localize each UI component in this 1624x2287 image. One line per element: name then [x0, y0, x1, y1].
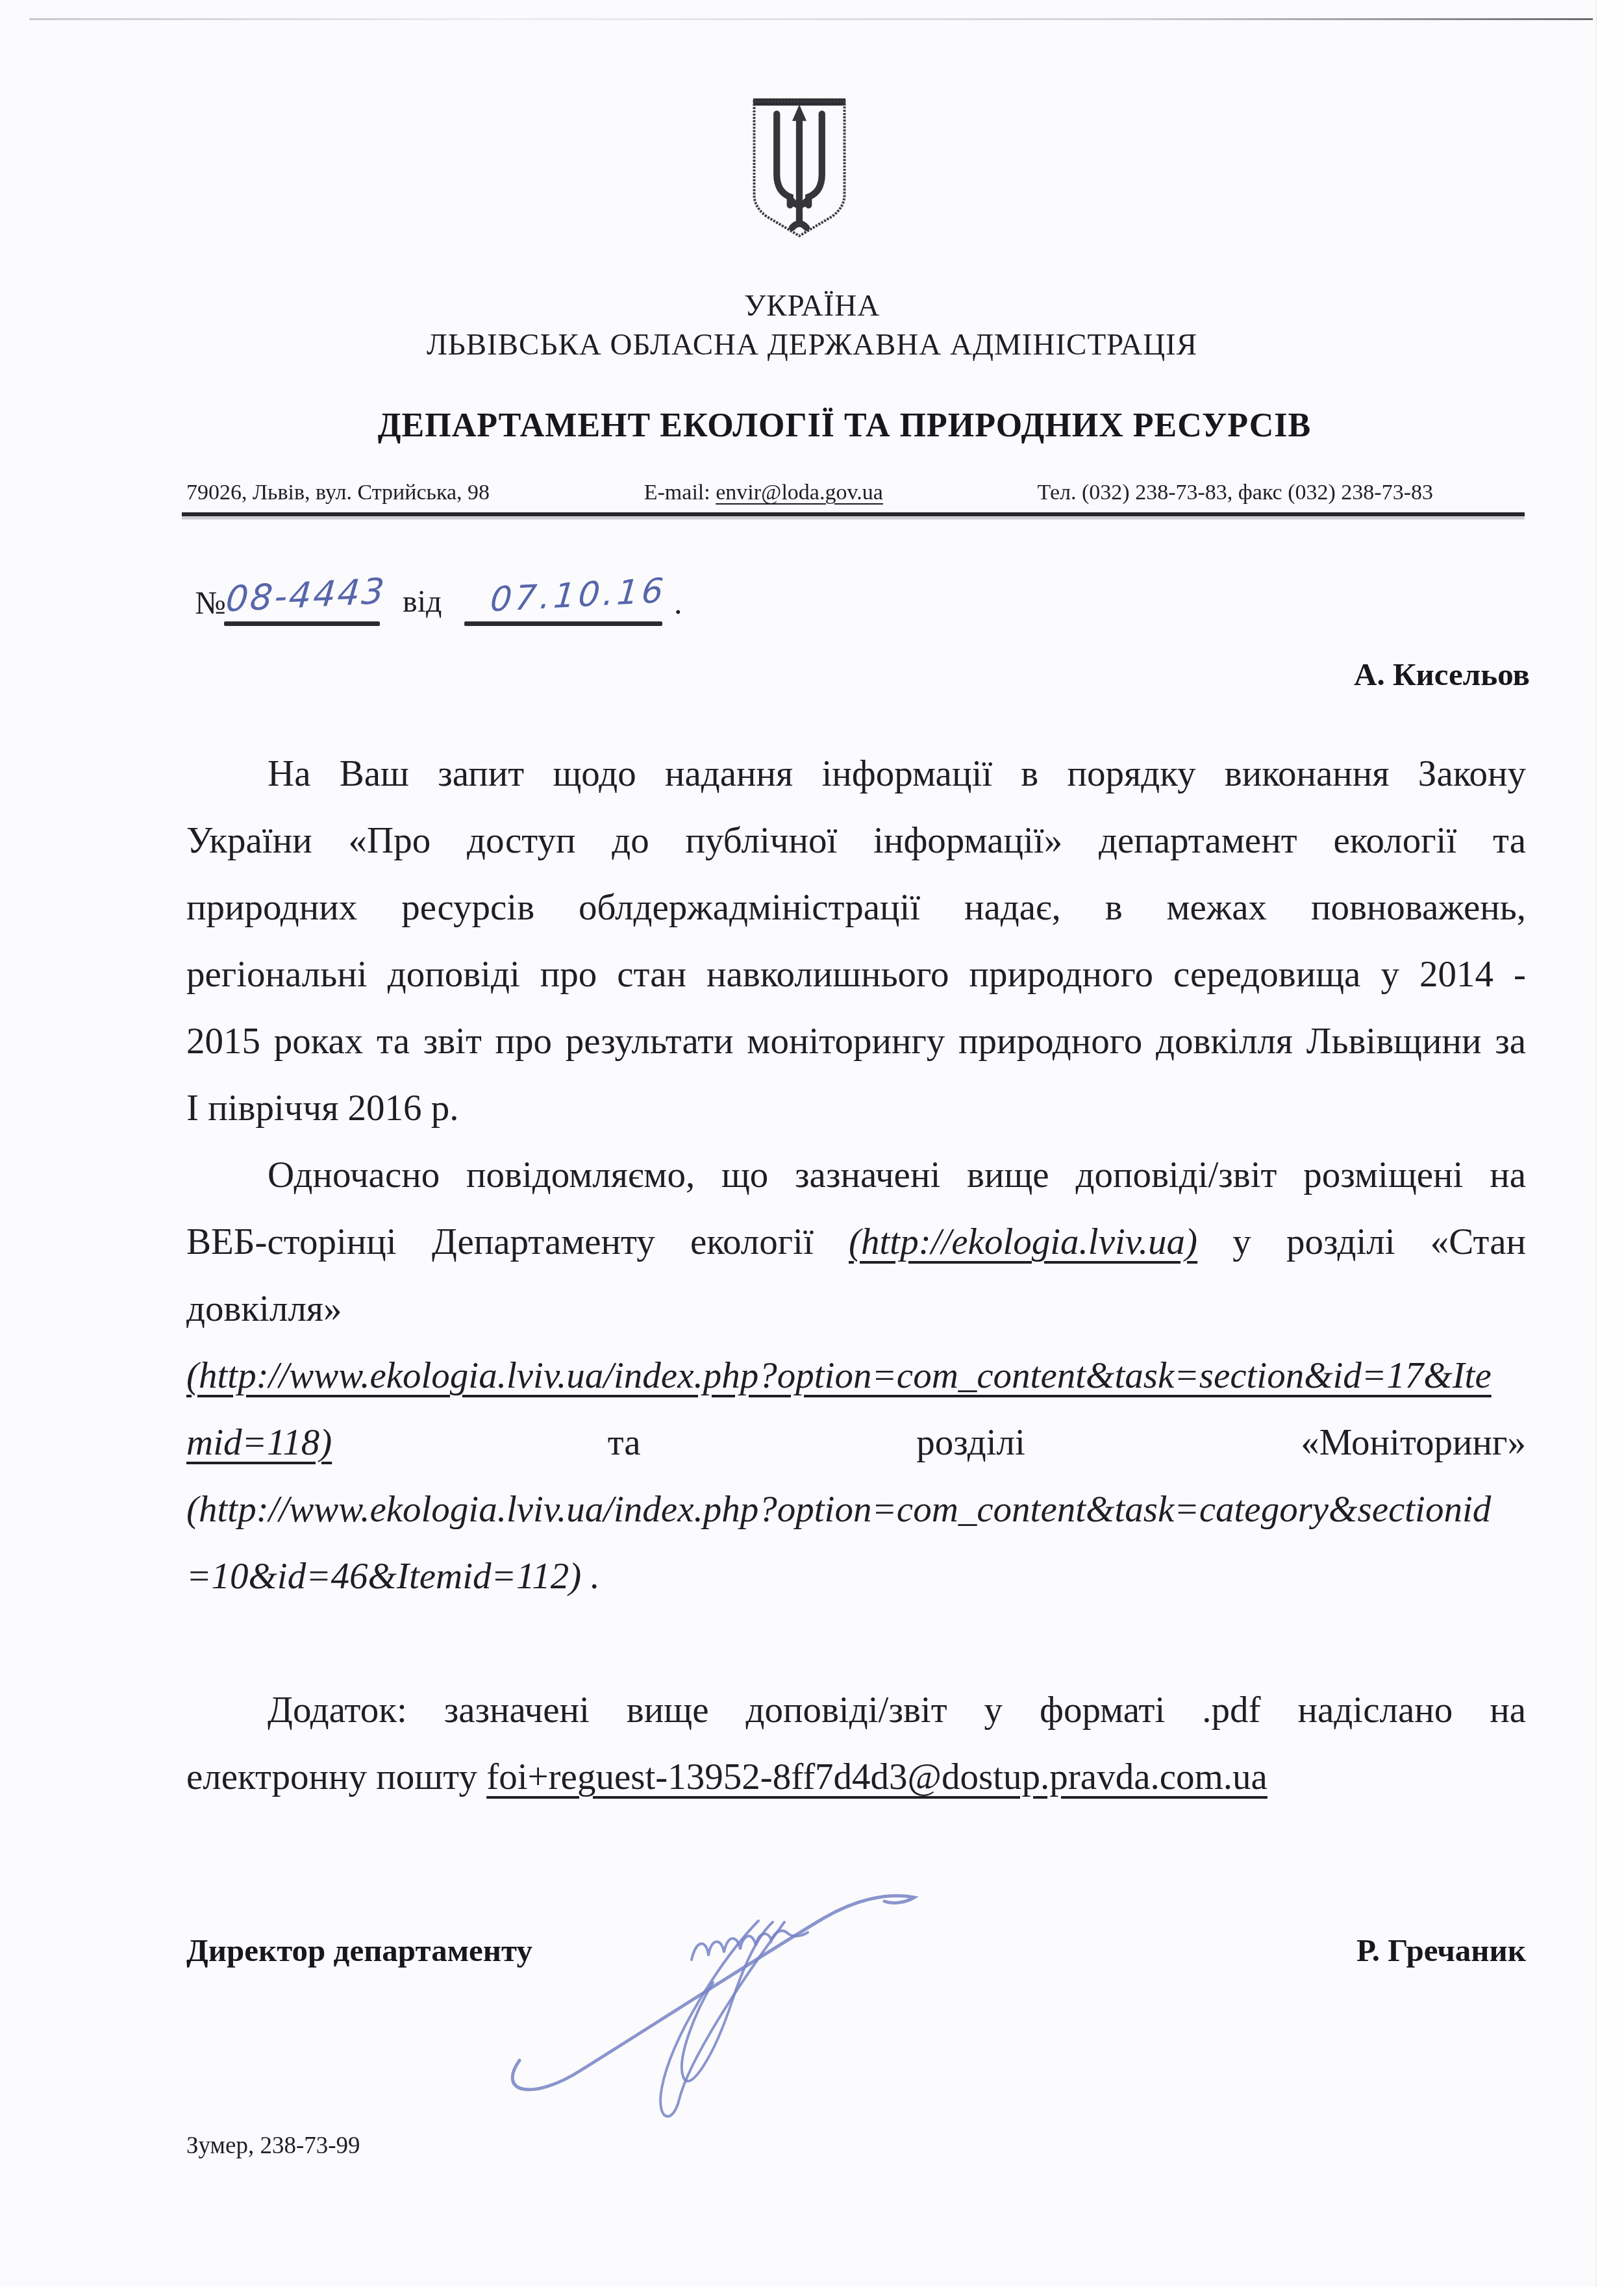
signatory-name: Р. Гречаник [1356, 1932, 1526, 1969]
body-line: =10&id=46&Itemid=112) . [186, 1543, 1526, 1610]
body-line: (http://www.ekologia.lviv.ua/index.php?o… [186, 1476, 1526, 1543]
body-line: На Ваш запит щодо надання інформації в п… [186, 740, 1526, 807]
body-line: Одночасно повідомляємо, що зазначені вищ… [186, 1142, 1526, 1208]
body-line: 2015 роках та звіт про результати моніто… [186, 1008, 1526, 1075]
phone-fax: Тел. (032) 238-73-83, факс (032) 238-73-… [1037, 481, 1433, 505]
administration-title: ЛЬВІВСЬКА ОБЛАСНА ДЕРЖАВНА АДМІНІСТРАЦІЯ [0, 327, 1624, 362]
email-address: envir@loda.gov.ua [716, 481, 883, 505]
body-text: природних ресурсів облдержадміністрації … [186, 887, 1526, 928]
scanned-letter-page: УКРАЇНА ЛЬВІВСЬКА ОБЛАСНА ДЕРЖАВНА АДМІН… [0, 0, 1624, 2287]
body-text: (http://www.ekologia.lviv.ua/index.php?o… [186, 1489, 1491, 1530]
ref-period: . [674, 584, 682, 621]
email-label: E-mail: [644, 481, 716, 505]
email-entry: E-mail: envir@loda.gov.ua [644, 481, 883, 505]
underlined-link-text: mid=118) [186, 1422, 332, 1463]
body-blank-line [186, 1610, 1526, 1677]
body-line: регіональні доповіді про стан навколишнь… [186, 941, 1526, 1008]
body-line: І півріччя 2016 р. [186, 1075, 1526, 1142]
country-title: УКРАЇНА [0, 288, 1624, 323]
underlined-link-text: foi+reguest-13952-8ff7d4d3@dostup.pravda… [486, 1756, 1268, 1797]
body-text: На Ваш запит щодо надання інформації в п… [268, 753, 1526, 794]
body-line: Додаток: зазначені вище доповіді/звіт у … [186, 1677, 1526, 1743]
body-line: ВЕБ-сторінці Департаменту екології (http… [186, 1208, 1526, 1275]
ref-number-label: № [195, 584, 226, 621]
body-line: (http://www.ekologia.lviv.ua/index.php?o… [186, 1342, 1526, 1409]
footer-contact: Зумер, 238-73-99 [186, 2132, 360, 2160]
body-text: Одночасно повідомляємо, що зазначені вищ… [268, 1155, 1526, 1195]
letterhead-contact-row: 79026, Львів, вул. Стрийська, 98 E-mail:… [186, 481, 1433, 505]
underlined-link-text: (http://ekologia.lviv.ua) [849, 1221, 1197, 1262]
ref-number-underline [224, 621, 380, 626]
letterhead-divider-rule [182, 512, 1525, 516]
addressee-name: А. Кисельов [1354, 656, 1530, 693]
body-text: та розділі «Моніторинг» [332, 1422, 1526, 1463]
body-text: у розділі «Стан [1197, 1221, 1526, 1262]
underlined-link-text: (http://www.ekologia.lviv.ua/index.php?o… [186, 1355, 1492, 1396]
body-text: України «Про доступ до публічної інформа… [186, 820, 1526, 861]
handwritten-ref-date: 07.10.16 [489, 571, 668, 620]
ref-date-underline [464, 621, 662, 626]
scanner-edge-artifact [29, 18, 1593, 20]
body-line: mid=118) та розділі «Моніторинг» [186, 1409, 1526, 1476]
reference-line: № 08-4443 від 07.10.16 . [195, 580, 974, 638]
body-line: України «Про доступ до публічної інформа… [186, 807, 1526, 874]
trident-emblem-icon [748, 96, 851, 240]
body-text: І півріччя 2016 р. [186, 1088, 459, 1129]
handwritten-signature [481, 1843, 935, 2122]
department-title: ДЕПАРТАМЕНТ ЕКОЛОГІЇ ТА ПРИРОДНИХ РЕСУРС… [104, 406, 1585, 445]
body-text: Додаток: зазначені вище доповіді/звіт у … [268, 1690, 1526, 1731]
body-text: регіональні доповіді про стан навколишнь… [186, 954, 1526, 995]
body-text: =10&id=46&Itemid=112) . [186, 1556, 600, 1597]
ref-date-label: від [403, 584, 442, 619]
body-text: довкілля» [186, 1288, 342, 1329]
body-text: ВЕБ-сторінці Департаменту екології [186, 1221, 849, 1262]
body-line: природних ресурсів облдержадміністрації … [186, 874, 1526, 941]
handwritten-ref-number: 08-4443 [224, 570, 388, 619]
body-line: електронну пошту foi+reguest-13952-8ff7d… [186, 1743, 1526, 1810]
body-text: 2015 роках та звіт про результати моніто… [186, 1021, 1526, 1062]
body-line: довкілля» [186, 1275, 1526, 1342]
body-text: електронну пошту [186, 1756, 486, 1797]
letter-body: На Ваш запит щодо надання інформації в п… [186, 740, 1526, 1810]
postal-address: 79026, Львів, вул. Стрийська, 98 [186, 481, 490, 505]
